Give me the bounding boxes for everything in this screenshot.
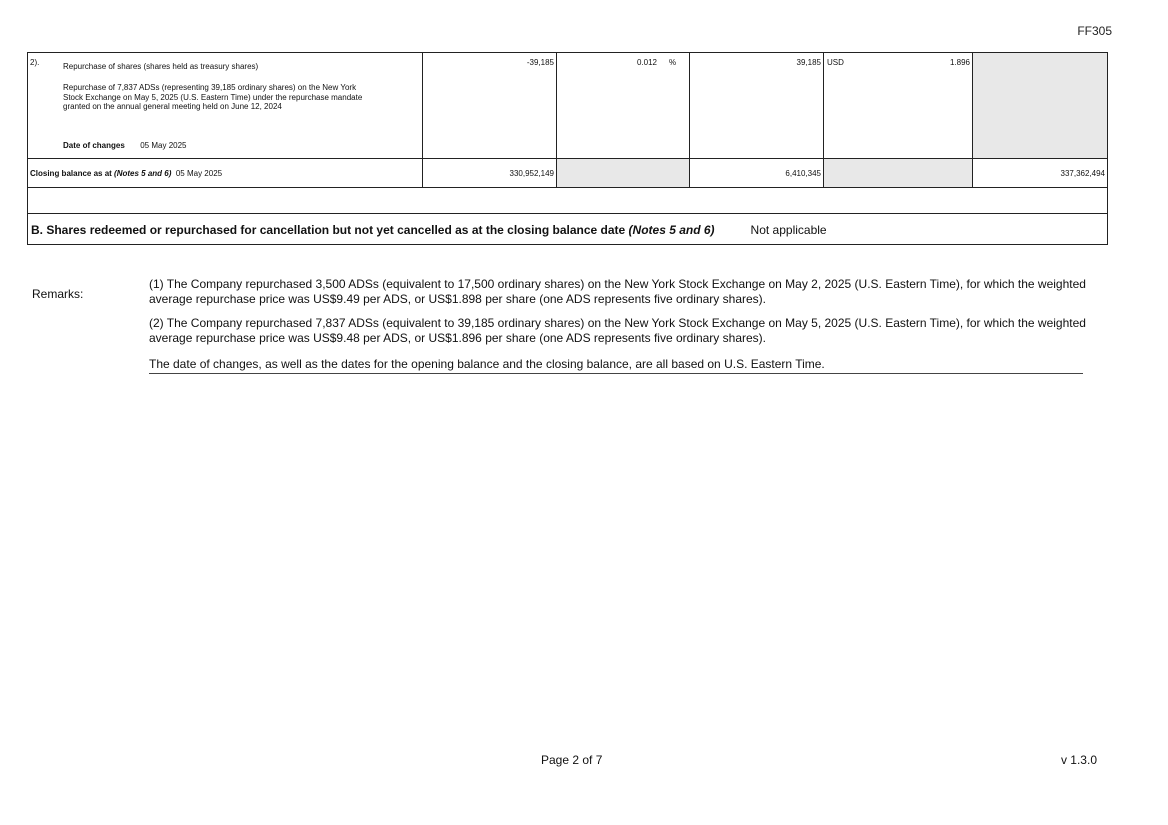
total-change-cell-empty: [973, 53, 1107, 159]
closing-shares-cell: 330,952,149: [423, 159, 557, 187]
closing-balance-label: Closing balance as at (Notes 5 and 6) 05…: [30, 169, 222, 178]
section-b-row: B. Shares redeemed or repurchased for ca…: [27, 213, 1108, 245]
section-b-value: Not applicable: [751, 223, 827, 237]
treasury-change-cell: 39,185: [690, 53, 824, 159]
movement-description: Repurchase of 7,837 ADSs (representing 3…: [63, 83, 373, 112]
form-version: v 1.3.0: [1061, 753, 1097, 767]
movement-index: 2).: [30, 58, 39, 67]
remarks-time-note: The date of changes, as well as the date…: [149, 357, 1083, 374]
closing-percentage-empty: [557, 159, 690, 187]
table-row-blank: [27, 188, 1108, 214]
closing-total-balance: 337,362,494: [1061, 169, 1106, 178]
shares-change: -39,185: [527, 58, 554, 67]
remarks-label: Remarks:: [32, 287, 83, 301]
closing-treasury-balance: 6,410,345: [785, 169, 821, 178]
shares-change-cell: -39,185: [423, 53, 557, 159]
section-b-notes: (Notes 5 and 6): [629, 223, 715, 237]
treasury-change: 39,185: [797, 58, 821, 67]
percentage-sign: %: [657, 58, 689, 67]
closing-label-cell: Closing balance as at (Notes 5 and 6) 05…: [28, 159, 423, 187]
currency-code: USD: [827, 58, 844, 67]
closing-shares-balance: 330,952,149: [510, 169, 555, 178]
remark-item-2: (2) The Company repurchased 7,837 ADSs (…: [149, 316, 1089, 345]
closing-total-cell: 337,362,494: [973, 159, 1107, 187]
movement-title: Repurchase of shares (shares held as tre…: [63, 62, 258, 71]
price-per-share: 1.896: [950, 58, 970, 67]
price-cell: USD 1.896: [824, 53, 973, 159]
closing-label-bold: Closing balance as at: [30, 169, 112, 178]
closing-treasury-cell: 6,410,345: [690, 159, 824, 187]
date-of-changes: Date of changes 05 May 2025: [63, 141, 187, 150]
closing-label-notes: (Notes 5 and 6): [114, 169, 171, 178]
table-row-repurchase: 2). Repurchase of shares (shares held as…: [27, 52, 1108, 159]
remarks: (1) The Company repurchased 3,500 ADSs (…: [149, 277, 1089, 374]
movement-description-cell: 2). Repurchase of shares (shares held as…: [28, 53, 423, 159]
section-b-label: B. Shares redeemed or repurchased for ca…: [31, 223, 625, 237]
closing-price-empty: [824, 159, 973, 187]
page-number: Page 2 of 7: [541, 753, 602, 767]
table-row-closing-balance: Closing balance as at (Notes 5 and 6) 05…: [27, 158, 1108, 188]
closing-date: 05 May 2025: [176, 169, 222, 178]
date-of-changes-label: Date of changes: [63, 141, 138, 150]
percentage-value: 0.012: [637, 58, 657, 67]
date-of-changes-value: 05 May 2025: [140, 141, 186, 150]
form-code: FF305: [1077, 24, 1112, 38]
percentage-cell: 0.012%: [557, 53, 690, 159]
section-b: B. Shares redeemed or repurchased for ca…: [31, 223, 827, 237]
remark-item-1: (1) The Company repurchased 3,500 ADSs (…: [149, 277, 1089, 306]
